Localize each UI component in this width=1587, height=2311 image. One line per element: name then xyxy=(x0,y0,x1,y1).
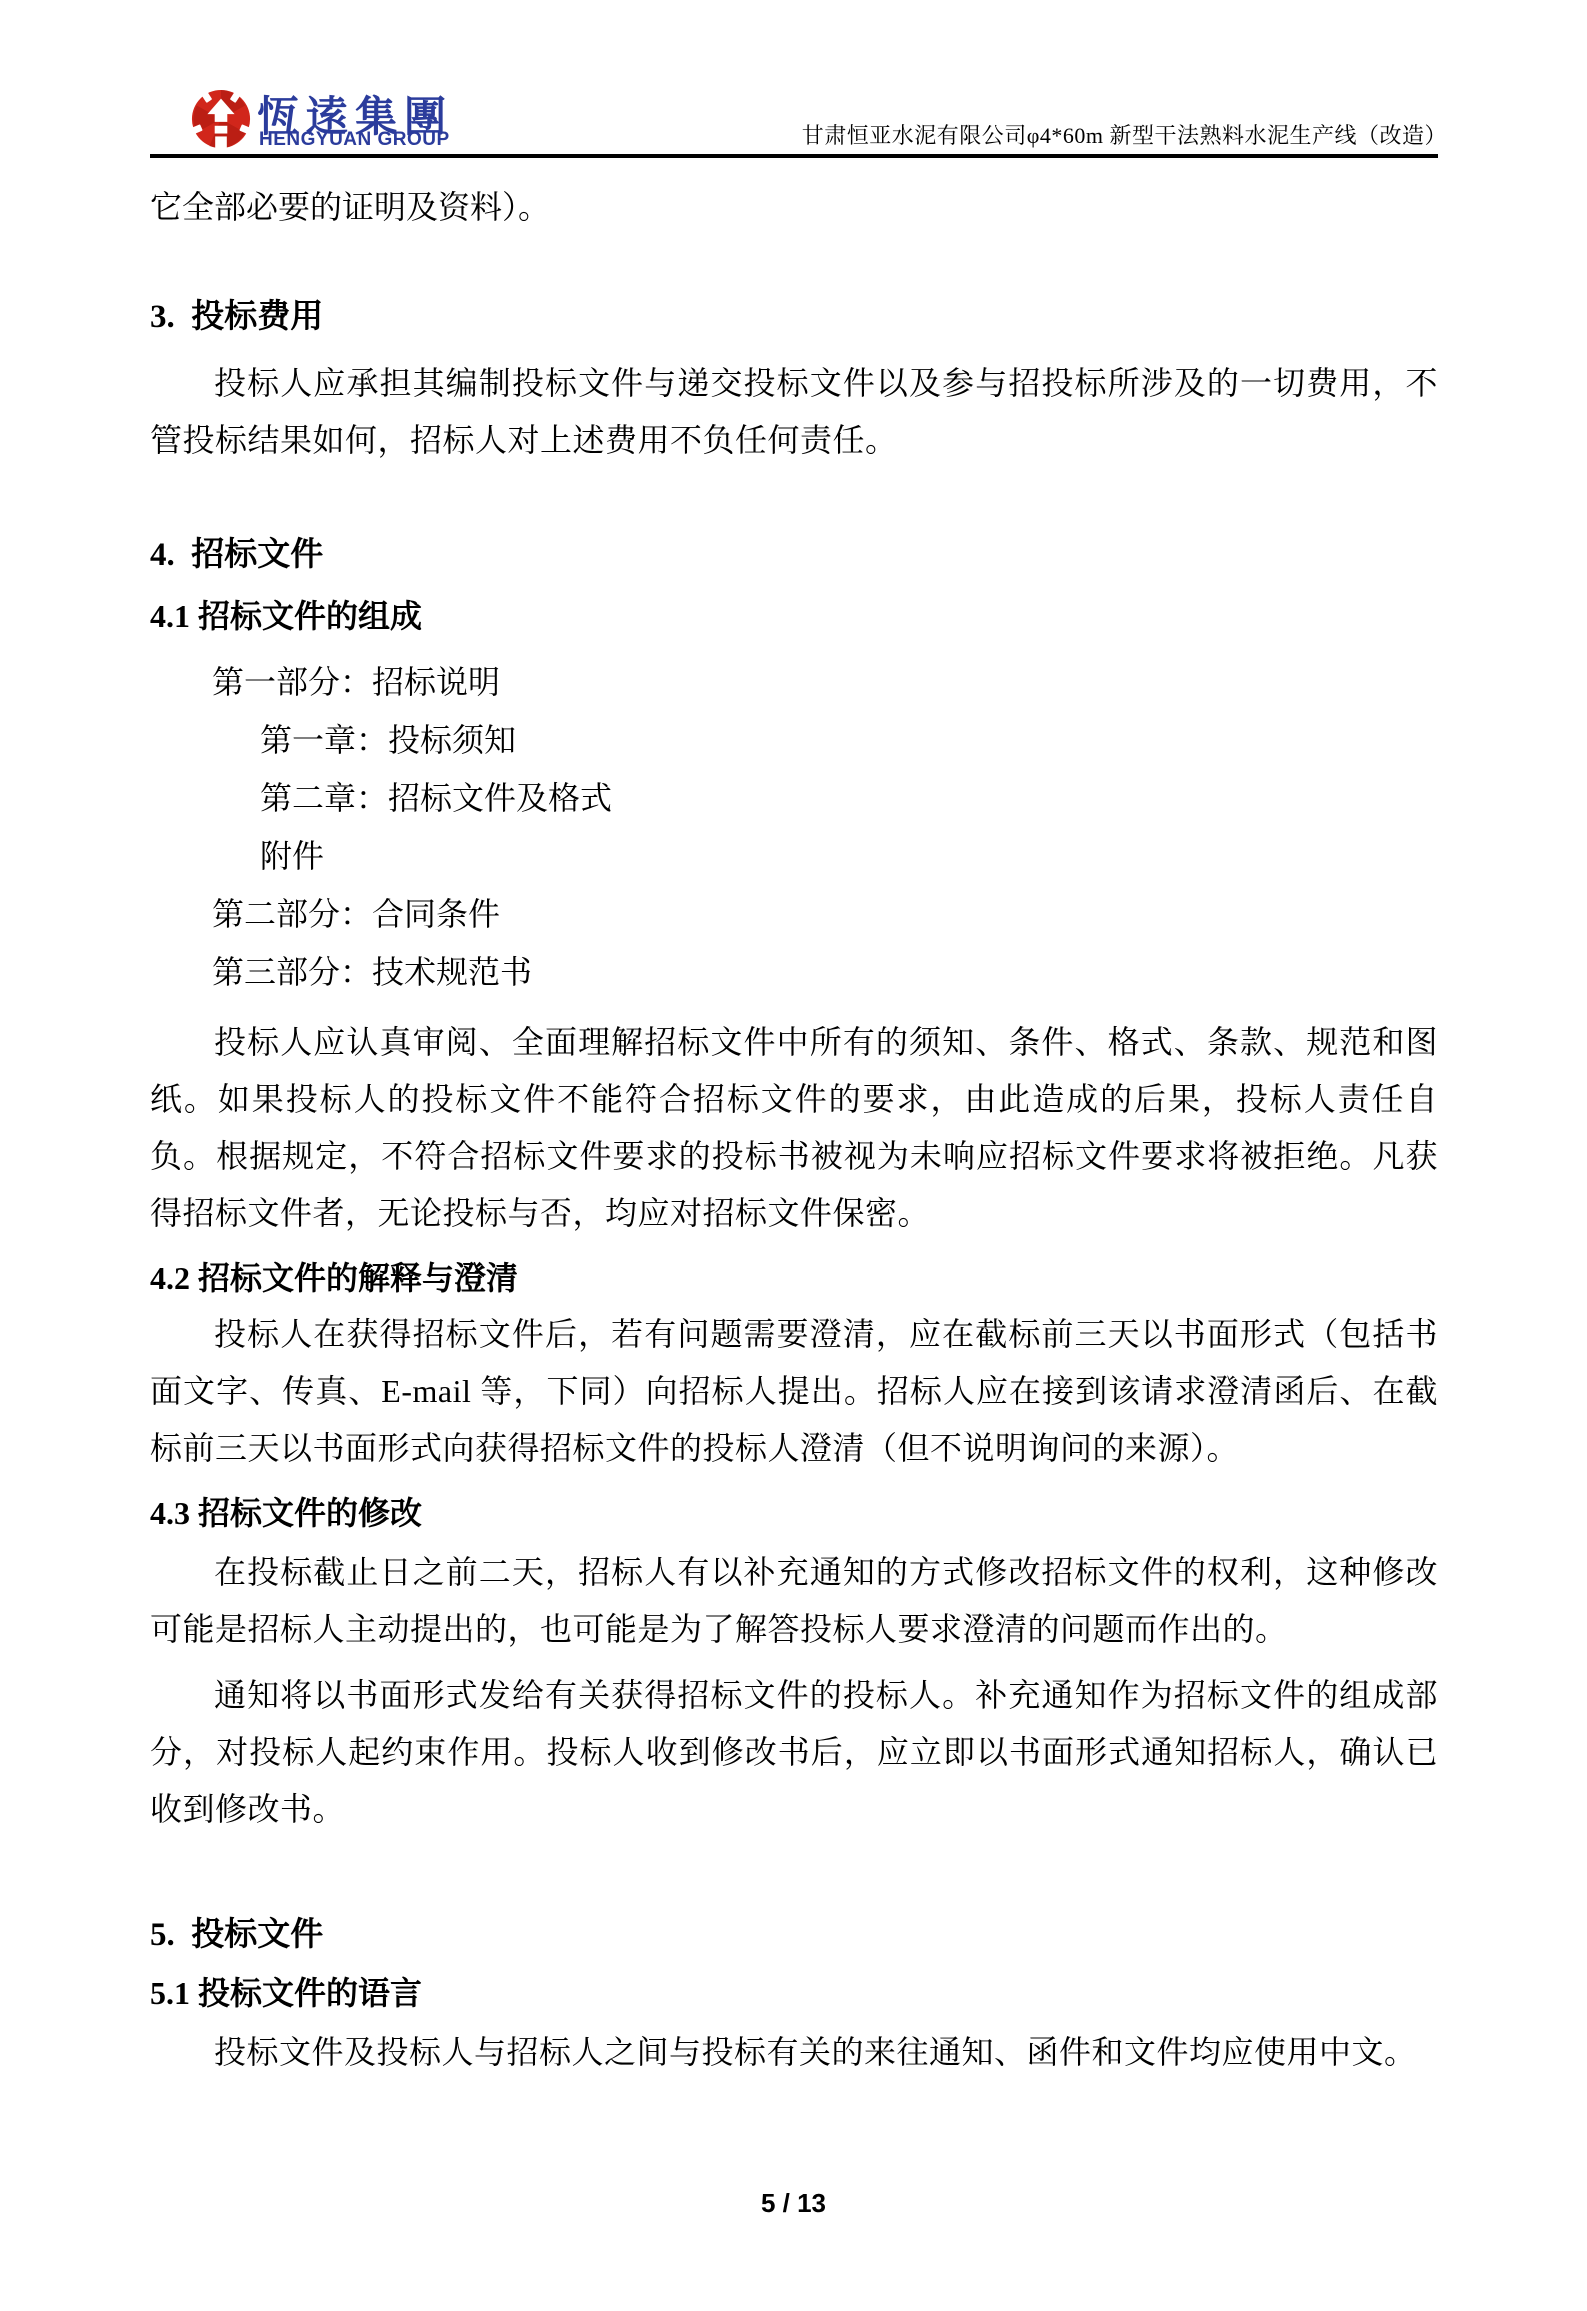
list-item-part2: 第二部分：合同条件 xyxy=(212,894,500,934)
paragraph-notice: 通知将以书面形式发给有关获得招标文件的投标人。补充通知作为招标文件的组成部分，对… xyxy=(150,1667,1438,1838)
list-item-annex: 附件 xyxy=(260,836,324,876)
section-heading-3: 3. 投标费用 xyxy=(150,297,323,337)
paragraph-modification: 在投标截止日之前二天，招标人有以补充通知的方式修改招标文件的权利，这种修改可能是… xyxy=(150,1544,1438,1658)
section-heading-5-1: 5.1 投标文件的语言 xyxy=(150,1973,422,2013)
logo-en-text: HENGYUAN GROUP xyxy=(259,129,450,151)
paragraph-review-documents: 投标人应认真审阅、全面理解招标文件中所有的须知、条件、格式、条款、规范和图纸。如… xyxy=(150,1014,1438,1242)
section-heading-4-3: 4.3 招标文件的修改 xyxy=(150,1493,422,1533)
paragraph-bid-costs: 投标人应承担其编制投标文件与递交投标文件以及参与招投标所涉及的一切费用，不管投标… xyxy=(150,355,1438,469)
section-heading-4-1: 4.1 招标文件的组成 xyxy=(150,596,422,636)
list-item-chapter2: 第二章：招标文件及格式 xyxy=(260,778,612,818)
header-rule xyxy=(150,154,1438,158)
section-heading-4-2: 4.2 招标文件的解释与澄清 xyxy=(150,1258,518,1298)
page-number: 5 / 13 xyxy=(0,2188,1587,2219)
section-heading-5: 5. 投标文件 xyxy=(150,1915,323,1955)
list-item-chapter1: 第一章：投标须知 xyxy=(260,720,516,760)
section-heading-4: 4. 招标文件 xyxy=(150,535,323,575)
paragraph-continuation: 它全部必要的证明及资料）。 xyxy=(150,187,550,227)
list-item-part3: 第三部分：技术规范书 xyxy=(212,952,532,992)
paragraph-language: 投标文件及投标人与招标人之间与投标有关的来往通知、函件和文件均应使用中文。 xyxy=(150,2024,1438,2081)
document-page: 恆逺集團 HENGYUAN GROUP 甘肃恒亚水泥有限公司φ4*60m 新型干… xyxy=(0,0,1587,2311)
list-item-part1: 第一部分：招标说明 xyxy=(212,662,500,702)
paragraph-clarification: 投标人在获得招标文件后，若有问题需要澄清，应在截标前三天以书面形式（包括书面文字… xyxy=(150,1306,1438,1477)
header-project-title: 甘肃恒亚水泥有限公司φ4*60m 新型干法熟料水泥生产线（改造） xyxy=(802,119,1447,150)
hengyuan-logo-icon xyxy=(190,88,252,150)
